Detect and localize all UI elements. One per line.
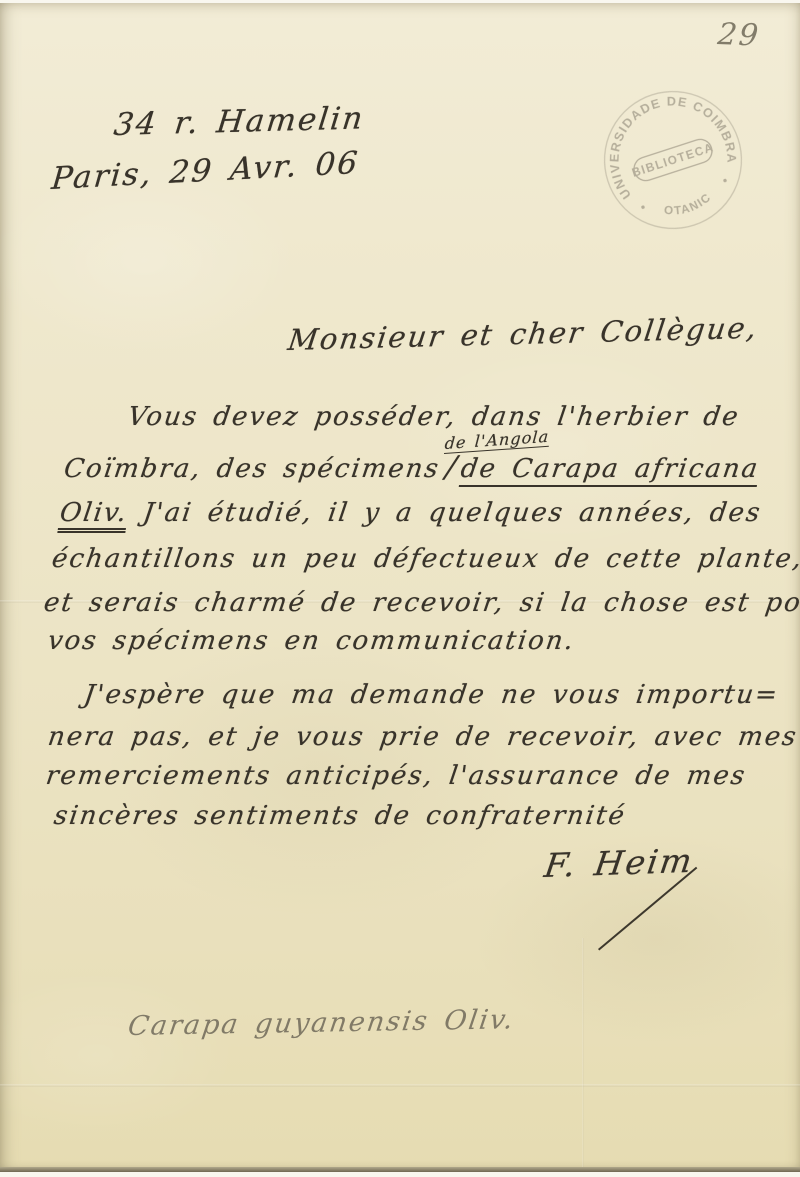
dateline: Paris, 29 Avr. 06 xyxy=(50,145,361,197)
library-stamp-graphic: UNIVERSIDADE DE COIMBRA BIBLIOTECA BOTAN… xyxy=(576,65,771,256)
line-segment: Coïmbra, des spécimens xyxy=(62,454,442,484)
letter-line: échantillons un peu défectueux de cette … xyxy=(50,544,800,574)
insertion-caret: / xyxy=(444,450,461,485)
sender-address: 34 r. Hamelin xyxy=(112,100,366,143)
scan-bottom-edge xyxy=(0,1167,800,1172)
stamp-top-text: UNIVERSIDADE DE COIMBRA xyxy=(590,77,742,203)
letter-line: Oliv. J'ai étudié, il y a quelques année… xyxy=(58,498,764,528)
letter-line: remerciements anticipés, l'assurance de … xyxy=(44,761,748,791)
letter-scan-page: 29 UNIVERSIDADE DE COIMBRA BIBLIOTECA BO… xyxy=(0,0,800,1177)
species-name-underlined: de Carapa africana xyxy=(458,454,761,487)
species-annotation: Carapa guyanensis Oliv. xyxy=(126,1004,517,1042)
letter-line: sincères sentiments de confraternité xyxy=(52,801,628,831)
letter-line: Coïmbra, des spécimens/de Carapa african… xyxy=(62,450,762,485)
salutation: Monsieur et cher Collègue, xyxy=(286,311,760,357)
letter-line: nera pas, et je vous prie de recevoir, a… xyxy=(46,722,800,752)
letter-line: Vous devez posséder, dans l'herbier de xyxy=(126,402,742,432)
author-abbrev-double-underlined: Oliv. xyxy=(57,498,130,533)
letter-line: vos spécimens en communication. xyxy=(46,626,577,656)
signature: F. Heim xyxy=(542,841,696,885)
archival-page-number: 29 xyxy=(716,17,762,53)
line-segment: J'ai étudié, il y a quelques années, des xyxy=(141,498,763,528)
horizontal-fold-crease xyxy=(0,1084,800,1087)
library-stamp: UNIVERSIDADE DE COIMBRA BIBLIOTECA BOTAN… xyxy=(576,65,771,256)
letter-line: J'espère que ma demande ne vous importu= xyxy=(82,680,781,710)
letter-paper: 29 UNIVERSIDADE DE COIMBRA BIBLIOTECA BO… xyxy=(0,3,800,1172)
letter-line: et serais charmé de recevoir, si la chos… xyxy=(42,588,800,618)
vertical-fold-crease xyxy=(582,938,584,1172)
stamp-dot-icon xyxy=(723,178,727,182)
stamp-dot-icon xyxy=(641,205,645,209)
stamp-top-arc: UNIVERSIDADE DE COIMBRA xyxy=(590,77,742,203)
